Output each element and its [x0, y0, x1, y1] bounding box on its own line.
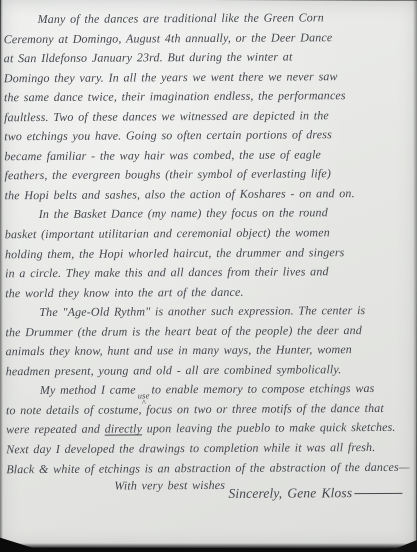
letter-line: In the Basket Dance (my name) they focus…: [5, 203, 413, 225]
letter-line-text: My method I came: [40, 383, 136, 398]
underlined-word: directly: [105, 422, 142, 436]
letter-line-text: to enable memory to compose etchings was: [151, 381, 374, 396]
letter-line: in a circle. They make this and all danc…: [5, 262, 413, 284]
photographed-letter: Many of the dances are traditional like …: [0, 0, 417, 552]
letter-line: The "Age-Old Rythm" is another such expr…: [5, 301, 413, 323]
letter-line: basket (important utilitarian and ceremo…: [5, 223, 413, 245]
signature-text: Sincerely, Gene Kloss: [228, 485, 352, 501]
letter-line-text: upon leaving the pueblo to make quick sk…: [142, 420, 396, 436]
letter-line-with-underline: were repeated and directly upon leaving …: [6, 418, 414, 440]
signature-flourish: [354, 493, 402, 494]
letter-line: two etchings you have. Going so often ce…: [4, 125, 412, 147]
letter-line: became familiar - the way hair was combe…: [4, 145, 412, 167]
letter-line: the world they know into the art of the …: [5, 281, 413, 303]
photo-edge-left: [0, 0, 3, 552]
letter-line: holding them, the Hopi whorled haircut, …: [5, 242, 413, 264]
letter-line: animals they know, hunt and use in many …: [6, 340, 414, 362]
letter-line: faultless. Two of these dances we witnes…: [4, 105, 412, 127]
letter-line-text: were repeated and: [6, 422, 105, 437]
letter-line: Domingo they vary. In all the years we w…: [4, 66, 412, 88]
letter-line-with-insertion: My method I cameuse^to enable memory to …: [6, 379, 414, 401]
letter-line: the Hopi belts and sashes, also the acti…: [5, 184, 413, 206]
letter-line: Ceremony at Domingo, August 4th annually…: [4, 27, 412, 49]
signature: Sincerely, Gene Kloss: [228, 483, 402, 504]
letter-body: Many of the dances are traditional like …: [3, 8, 414, 506]
letter-line: to note details of costume, focus on two…: [6, 399, 414, 421]
letter-line: Next day I developed the drawings to com…: [6, 438, 414, 460]
letter-line: at San Ildefonso January 23rd. But durin…: [4, 47, 412, 69]
letter-line: feathers, the evergreen boughs (their sy…: [4, 164, 412, 186]
letter-closing-row: With very best wishes Sincerely, Gene Kl…: [6, 477, 414, 505]
photo-edge-bottom: [0, 543, 417, 552]
letter-line: Many of the dances are traditional like …: [3, 8, 411, 30]
letter-line: the same dance twice, their imagination …: [4, 86, 412, 108]
letter-line: the Drummer (the drum is the heart beat …: [5, 321, 413, 343]
letter-closing: With very best wishes: [114, 476, 225, 496]
letter-line: headmen present, young and old - all are…: [6, 360, 414, 382]
